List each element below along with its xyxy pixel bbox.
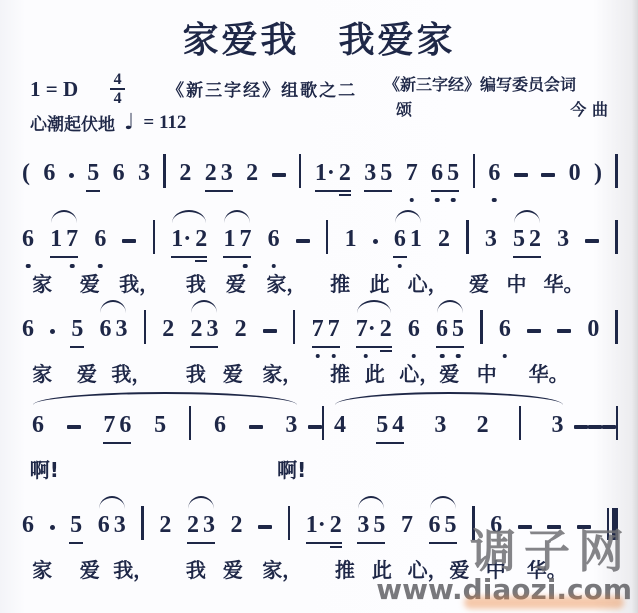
lyric-syllable: 华。: [544, 268, 584, 297]
watermark-name: 调子网: [376, 527, 632, 575]
note: 3: [114, 510, 126, 540]
slur-group: 17: [50, 224, 78, 254]
barline: [615, 154, 618, 188]
note-digit: 5: [71, 316, 83, 342]
note: 7: [328, 314, 340, 344]
note-digit: 0: [569, 160, 581, 186]
note-digit: 1·: [171, 226, 191, 252]
composer-credit-right: 今 曲: [570, 97, 608, 122]
note: 5: [71, 314, 83, 344]
slur-group: 1·2: [171, 224, 207, 254]
note: 3: [203, 510, 215, 540]
blurred-watermark: [464, 596, 624, 609]
slur-group: 52: [513, 224, 541, 254]
beam-group: 65: [431, 158, 459, 188]
note-digit: 5: [154, 412, 166, 438]
note-digit: 2: [438, 226, 450, 252]
slur-group: 17: [223, 224, 251, 254]
lyric-syllable: 我: [186, 358, 206, 387]
note-digit: 2: [187, 512, 199, 538]
lyric-syllable: 家: [32, 268, 52, 297]
note: 2: [438, 224, 450, 254]
note: 1: [410, 224, 422, 254]
note-digit: 3: [203, 512, 215, 538]
note: 0: [587, 314, 599, 344]
lyric-syllable: 家: [32, 358, 52, 387]
lyric-syllable: 爱: [223, 554, 243, 583]
octave-dot-below: [451, 198, 456, 203]
lyric-syllable: 家，: [262, 554, 302, 583]
note: 6: [436, 314, 448, 344]
note-digit: 5: [70, 512, 82, 538]
note-digit: 5: [87, 160, 99, 186]
slur-group: 65: [436, 314, 464, 344]
octave-dot-below: [409, 198, 414, 203]
note-digit: 6: [268, 226, 280, 252]
score-line-3: 65632232777·266560家爱我，我爱家，推此心，爱中华。: [22, 298, 618, 384]
note-digit: 3: [434, 412, 446, 438]
note: 2: [380, 314, 392, 344]
note-digit: 7: [239, 226, 251, 252]
note-digit: 1·: [306, 512, 326, 538]
note: 2: [477, 410, 489, 440]
beam-group: 1·2: [315, 158, 351, 188]
note: 4: [392, 410, 404, 440]
tempo-value: = 112: [143, 112, 186, 134]
note-digit: 6: [488, 160, 500, 186]
note: 3: [221, 158, 233, 188]
note: 5: [70, 510, 82, 540]
note-digit: 3: [206, 316, 218, 342]
dash-rest: [258, 525, 272, 529]
note-digit: 3: [485, 226, 497, 252]
note-digit: 2: [246, 160, 258, 186]
dash-rest: [588, 425, 602, 429]
score-line-4: 676563454323啊!啊!: [22, 394, 618, 480]
note-digit: 1: [345, 226, 357, 252]
note: 7: [239, 224, 251, 254]
note-digit: 2: [190, 316, 202, 342]
note: 1·: [171, 224, 191, 254]
note: 6: [214, 410, 226, 440]
note: 6: [43, 158, 55, 188]
note-digit: 1: [50, 226, 62, 252]
note: 2: [246, 158, 258, 188]
note-digit: 6: [214, 412, 226, 438]
lyric-syllable: 推: [330, 358, 350, 387]
lyric-syllable: 家: [32, 554, 52, 583]
note-digit: 1·: [315, 160, 335, 186]
slur-group: 61: [394, 224, 422, 254]
key-and-time: 1 = D 4 4: [30, 72, 125, 106]
slur-group: 454323: [334, 406, 564, 440]
note-digit: 0: [587, 316, 599, 342]
note: 6: [22, 314, 34, 344]
barline: [189, 406, 192, 440]
note-digit: 5: [376, 412, 388, 438]
barline: [615, 220, 618, 254]
credits-block: 《新三字经》编写委员会词 颂 今 曲: [384, 72, 622, 122]
note-digit: 3: [221, 160, 233, 186]
barline: [616, 406, 619, 440]
sixteenth-line: [330, 546, 342, 548]
note-digit: 4: [392, 412, 404, 438]
lyric-syllable: 中: [507, 268, 527, 297]
note: 6: [488, 158, 500, 188]
note-digit: 2: [477, 412, 489, 438]
time-signature-top: 4: [114, 72, 122, 87]
note: 7·: [356, 314, 376, 344]
lyricist-credit: 《新三字经》编写委员会词: [384, 72, 622, 97]
lyric-row: 家爱我，我爱家，推此心，爱中华。: [22, 268, 618, 294]
note: 2: [159, 510, 171, 540]
note: 2: [179, 158, 191, 188]
note-digit: 6: [408, 316, 420, 342]
augmentation-dot: [373, 239, 378, 244]
note: 6: [22, 510, 34, 540]
note: 6: [408, 314, 420, 344]
barline: [326, 220, 329, 254]
octave-dot-below: [435, 198, 440, 203]
note-digit: 7: [328, 316, 340, 342]
lyric-syllable: 推: [335, 554, 355, 583]
slur-group: 63: [99, 314, 127, 344]
note: 6: [99, 314, 111, 344]
note: 1·: [306, 510, 326, 540]
dash-rest: [122, 239, 136, 243]
lyric-syllable: 爱: [439, 358, 459, 387]
note-digit: 6: [436, 316, 448, 342]
barline: [322, 406, 325, 440]
quarter-note-icon: ♩: [124, 114, 134, 132]
lyric-syllable: 华。: [529, 358, 569, 387]
note-digit: 5: [380, 160, 392, 186]
dash-rest: [541, 173, 555, 177]
note-digit: 1: [223, 226, 235, 252]
barline: [153, 220, 156, 254]
note: 2: [162, 314, 174, 344]
note-digit: 6: [99, 316, 111, 342]
dash-rest: [67, 425, 81, 429]
note-digit: 3: [357, 512, 369, 538]
note: 5: [376, 410, 388, 440]
dash-rest: [602, 425, 616, 429]
sixteenth-line: [339, 194, 351, 196]
tempo-row: 心潮起伏地 ♩ = 112: [30, 110, 186, 135]
dash-rest: [272, 173, 286, 177]
augmentation-dot: [50, 329, 55, 334]
barline: [293, 310, 296, 344]
note-digit: 2: [330, 512, 342, 538]
dash-rest: [296, 239, 310, 243]
note: 7: [103, 410, 115, 440]
note: 2: [330, 510, 342, 540]
barline: [615, 310, 618, 344]
note: 6: [394, 224, 406, 254]
note: 2: [339, 158, 351, 188]
note-digit: 6: [499, 316, 511, 342]
note-digit: 6: [22, 512, 34, 538]
score-line-2: 61761·217616123523家爱我，我爱家，推此心，爱中华。: [22, 208, 618, 294]
dash-rest: [557, 329, 571, 333]
note: 5: [380, 158, 392, 188]
note-digit: 7·: [356, 316, 376, 342]
note: 2: [205, 158, 217, 188]
note-digit: 2: [235, 316, 247, 342]
note: 0: [569, 158, 581, 188]
note-digit: 7: [103, 412, 115, 438]
composer-credit: 颂 今 曲: [384, 97, 622, 122]
lyric-syllable: 爱: [80, 554, 100, 583]
note-digit: 5: [452, 316, 464, 342]
lyric-syllable: 我，: [119, 268, 159, 297]
octave-dot-below: [492, 198, 497, 203]
lyric-syllable: 我，: [111, 358, 151, 387]
barline: [299, 154, 302, 188]
note-digit: 2: [339, 160, 351, 186]
sheet-music-page: 家爱我 我爱家 1 = D 4 4 《新三字经》组歌之二 《新三字经》编写委员会…: [0, 0, 638, 613]
lyric-syllable: 爱: [223, 358, 243, 387]
lyric-syllable: 推: [330, 268, 350, 297]
note-row: 61761·217616123523: [22, 208, 618, 254]
note-digit: 6: [22, 316, 34, 342]
note-digit: 2: [195, 226, 207, 252]
note-digit: 7: [312, 316, 324, 342]
dash-rest: [574, 425, 588, 429]
note-digit: 6: [32, 412, 44, 438]
note-digit: 3: [557, 226, 569, 252]
barline: [288, 506, 291, 540]
note: 3: [434, 410, 446, 440]
note-digit: 1: [410, 226, 422, 252]
lyric-syllable: 啊!: [30, 454, 59, 483]
beam-group: 76: [103, 410, 131, 440]
note: 1: [223, 224, 235, 254]
note-digit: 3: [114, 512, 126, 538]
barline: [519, 406, 522, 440]
lyric-syllable: 心，: [408, 268, 448, 297]
note-digit: 3: [364, 160, 376, 186]
lyric-syllable: 此: [365, 358, 385, 387]
note-digit: 6: [119, 412, 131, 438]
note: 3: [285, 410, 297, 440]
slur-group: 63: [98, 510, 126, 540]
note-digit: 2: [529, 226, 541, 252]
note-row: (656322321·23576560): [22, 142, 618, 188]
note: 5: [447, 158, 459, 188]
note-digit: 2: [205, 160, 217, 186]
expression-marking: 心潮起伏地: [30, 110, 115, 135]
note: 6: [119, 410, 131, 440]
slur-group: 7·2: [356, 314, 392, 344]
note: 7: [66, 224, 78, 254]
lyric-row: 家爱我，我爱家，推此心，爱中华。: [22, 358, 618, 384]
barline: [473, 154, 476, 188]
note: 6: [268, 224, 280, 254]
note-digit: 5: [513, 226, 525, 252]
key-signature: 1 = D: [30, 77, 78, 102]
note-digit: 6: [98, 512, 110, 538]
note-digit: 7: [406, 160, 418, 186]
lyric-row: 啊!啊!: [22, 454, 618, 480]
slur-group: 23: [190, 314, 218, 344]
note: 3: [551, 410, 563, 440]
lyric-syllable: 心，: [399, 358, 439, 387]
note-digit: 6: [94, 226, 106, 252]
note: 6: [499, 314, 511, 344]
series-subtitle: 《新三字经》组歌之二: [167, 76, 357, 101]
note: 6: [22, 224, 34, 254]
note: 5: [87, 158, 99, 188]
lyric-syllable: 我: [186, 268, 206, 297]
dash-rest: [527, 329, 541, 333]
time-signature: 4 4: [110, 72, 125, 106]
note-digit: 6: [431, 160, 443, 186]
lyric-syllable: 爱: [226, 268, 246, 297]
lyric-syllable: 中: [477, 358, 497, 387]
lyric-syllable: 我，: [113, 554, 153, 583]
dash-rest: [249, 425, 263, 429]
beam-group: 54: [376, 410, 404, 440]
barline: [466, 220, 469, 254]
parenthesis: ): [594, 158, 602, 188]
augmentation-dot: [69, 173, 74, 178]
note-digit: 3: [115, 316, 127, 342]
song-title: 家爱我 我爱家: [0, 12, 638, 63]
note: 2: [187, 510, 199, 540]
time-signature-bottom: 4: [114, 91, 122, 106]
dash-rest: [585, 239, 599, 243]
barline: [480, 310, 483, 344]
note: 5: [154, 410, 166, 440]
slur-group: 23: [187, 510, 215, 540]
lyric-syllable: 爱: [77, 358, 97, 387]
slur-group: 676563: [32, 406, 298, 440]
note-row: 65632232777·266560: [22, 298, 618, 344]
beam-group: 1·2: [306, 510, 342, 540]
lyric-syllable: 我: [186, 554, 206, 583]
note: 6: [113, 158, 125, 188]
note-digit: 5: [447, 160, 459, 186]
note: 1·: [315, 158, 335, 188]
note-digit: 2: [380, 316, 392, 342]
beam-group: 23: [205, 158, 233, 188]
note-digit: 6: [113, 160, 125, 186]
note: 3: [485, 224, 497, 254]
note: 2: [231, 510, 243, 540]
note: 3: [557, 224, 569, 254]
note: 6: [431, 158, 443, 188]
note-digit: 4: [334, 412, 346, 438]
score-line-1: (656322321·23576560): [22, 142, 618, 188]
note: 2: [235, 314, 247, 344]
note: 2: [195, 224, 207, 254]
note: 5: [452, 314, 464, 344]
note: 7: [406, 158, 418, 188]
dash-rest: [514, 173, 528, 177]
note: 1: [345, 224, 357, 254]
note-digit: 3: [138, 160, 150, 186]
composer-credit-left: 颂: [396, 97, 412, 122]
parenthesis: (: [22, 158, 30, 188]
dash-rest: [308, 425, 322, 429]
lyric-syllable: 爱: [469, 268, 489, 297]
dash-rest: [263, 329, 277, 333]
barline: [163, 154, 166, 188]
note: 3: [206, 314, 218, 344]
note: 3: [364, 158, 376, 188]
beam-group: 77: [312, 314, 340, 344]
note: 3: [357, 510, 369, 540]
lyric-syllable: 此: [369, 268, 389, 297]
lyric-syllable: 家，: [262, 358, 302, 387]
sixteenth-line: [380, 350, 392, 352]
note: 5: [513, 224, 525, 254]
lyric-syllable: 家，: [266, 268, 306, 297]
note-digit: 6: [22, 226, 34, 252]
sixteenth-line: [195, 260, 207, 262]
lyric-syllable: 啊!: [277, 454, 306, 483]
note: 3: [115, 314, 127, 344]
note: 2: [190, 314, 202, 344]
barline: [144, 310, 147, 344]
augmentation-dot: [50, 525, 55, 530]
note-digit: 7: [66, 226, 78, 252]
note: 6: [94, 224, 106, 254]
watermark: 调子网 www.diaozi.com: [376, 527, 632, 605]
note-digit: 6: [43, 160, 55, 186]
note-digit: 2: [159, 512, 171, 538]
note-digit: 2: [231, 512, 243, 538]
note-digit: 2: [162, 316, 174, 342]
note-digit: 3: [551, 412, 563, 438]
note: 7: [312, 314, 324, 344]
note: 2: [529, 224, 541, 254]
note-digit: 3: [285, 412, 297, 438]
note: 6: [32, 410, 44, 440]
note: 1: [50, 224, 62, 254]
note: 3: [138, 158, 150, 188]
note-digit: 6: [394, 226, 406, 252]
lyric-syllable: 爱: [80, 268, 100, 297]
note-row: 676563454323: [22, 394, 618, 440]
barline: [141, 506, 144, 540]
note: 4: [334, 410, 346, 440]
note: 6: [98, 510, 110, 540]
note-digit: 2: [179, 160, 191, 186]
beam-group: 35: [364, 158, 392, 188]
